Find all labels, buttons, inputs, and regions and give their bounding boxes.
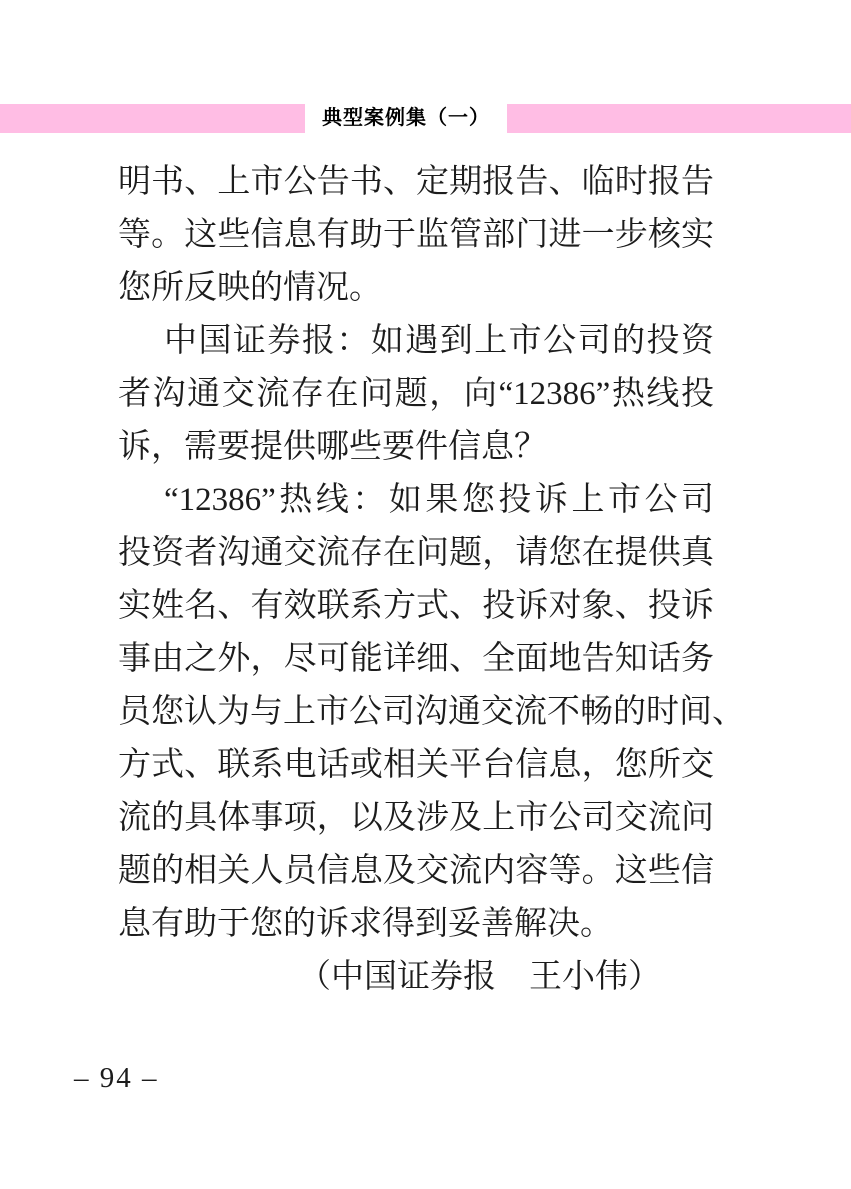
header-rule-right	[507, 104, 851, 133]
running-head-title: 典型案例集（一）	[295, 103, 517, 134]
attribution-line: （中国证券报 王小伟）	[118, 951, 714, 1004]
text-line: 员您认为与上市公司沟通交流不畅的时间、	[118, 686, 714, 739]
text-line: 息有助于您的诉求得到妥善解决。	[118, 898, 714, 951]
text-line: 您所反映的情况。	[118, 262, 714, 315]
page-number: – 94 –	[74, 1062, 159, 1094]
text-line: 方式、联系电话或相关平台信息，您所交	[118, 739, 714, 792]
text-line: 等。这些信息有助于监管部门进一步核实	[118, 209, 714, 262]
book-page: 典型案例集（一） 明书、上市公告书、定期报告、临时报告等。这些信息有助于监管部门…	[0, 0, 851, 1189]
text-line: 中国证券报：如遇到上市公司的投资	[118, 315, 714, 368]
text-line: 实姓名、有效联系方式、投诉对象、投诉	[118, 580, 714, 633]
header-rule-left	[0, 104, 305, 133]
text-line: 题的相关人员信息及交流内容等。这些信	[118, 845, 714, 898]
body-text: 明书、上市公告书、定期报告、临时报告等。这些信息有助于监管部门进一步核实您所反映…	[118, 156, 714, 1004]
text-line: “12386”热线：如果您投诉上市公司	[118, 474, 714, 527]
text-line: 事由之外，尽可能详细、全面地告知话务	[118, 633, 714, 686]
text-line: 明书、上市公告书、定期报告、临时报告	[118, 156, 714, 209]
text-line: 投资者沟通交流存在问题，请您在提供真	[118, 527, 714, 580]
text-line: 诉，需要提供哪些要件信息？	[118, 421, 714, 474]
text-line: 流的具体事项，以及涉及上市公司交流问	[118, 792, 714, 845]
text-line: 者沟通交流存在问题，向“12386”热线投	[118, 368, 714, 421]
